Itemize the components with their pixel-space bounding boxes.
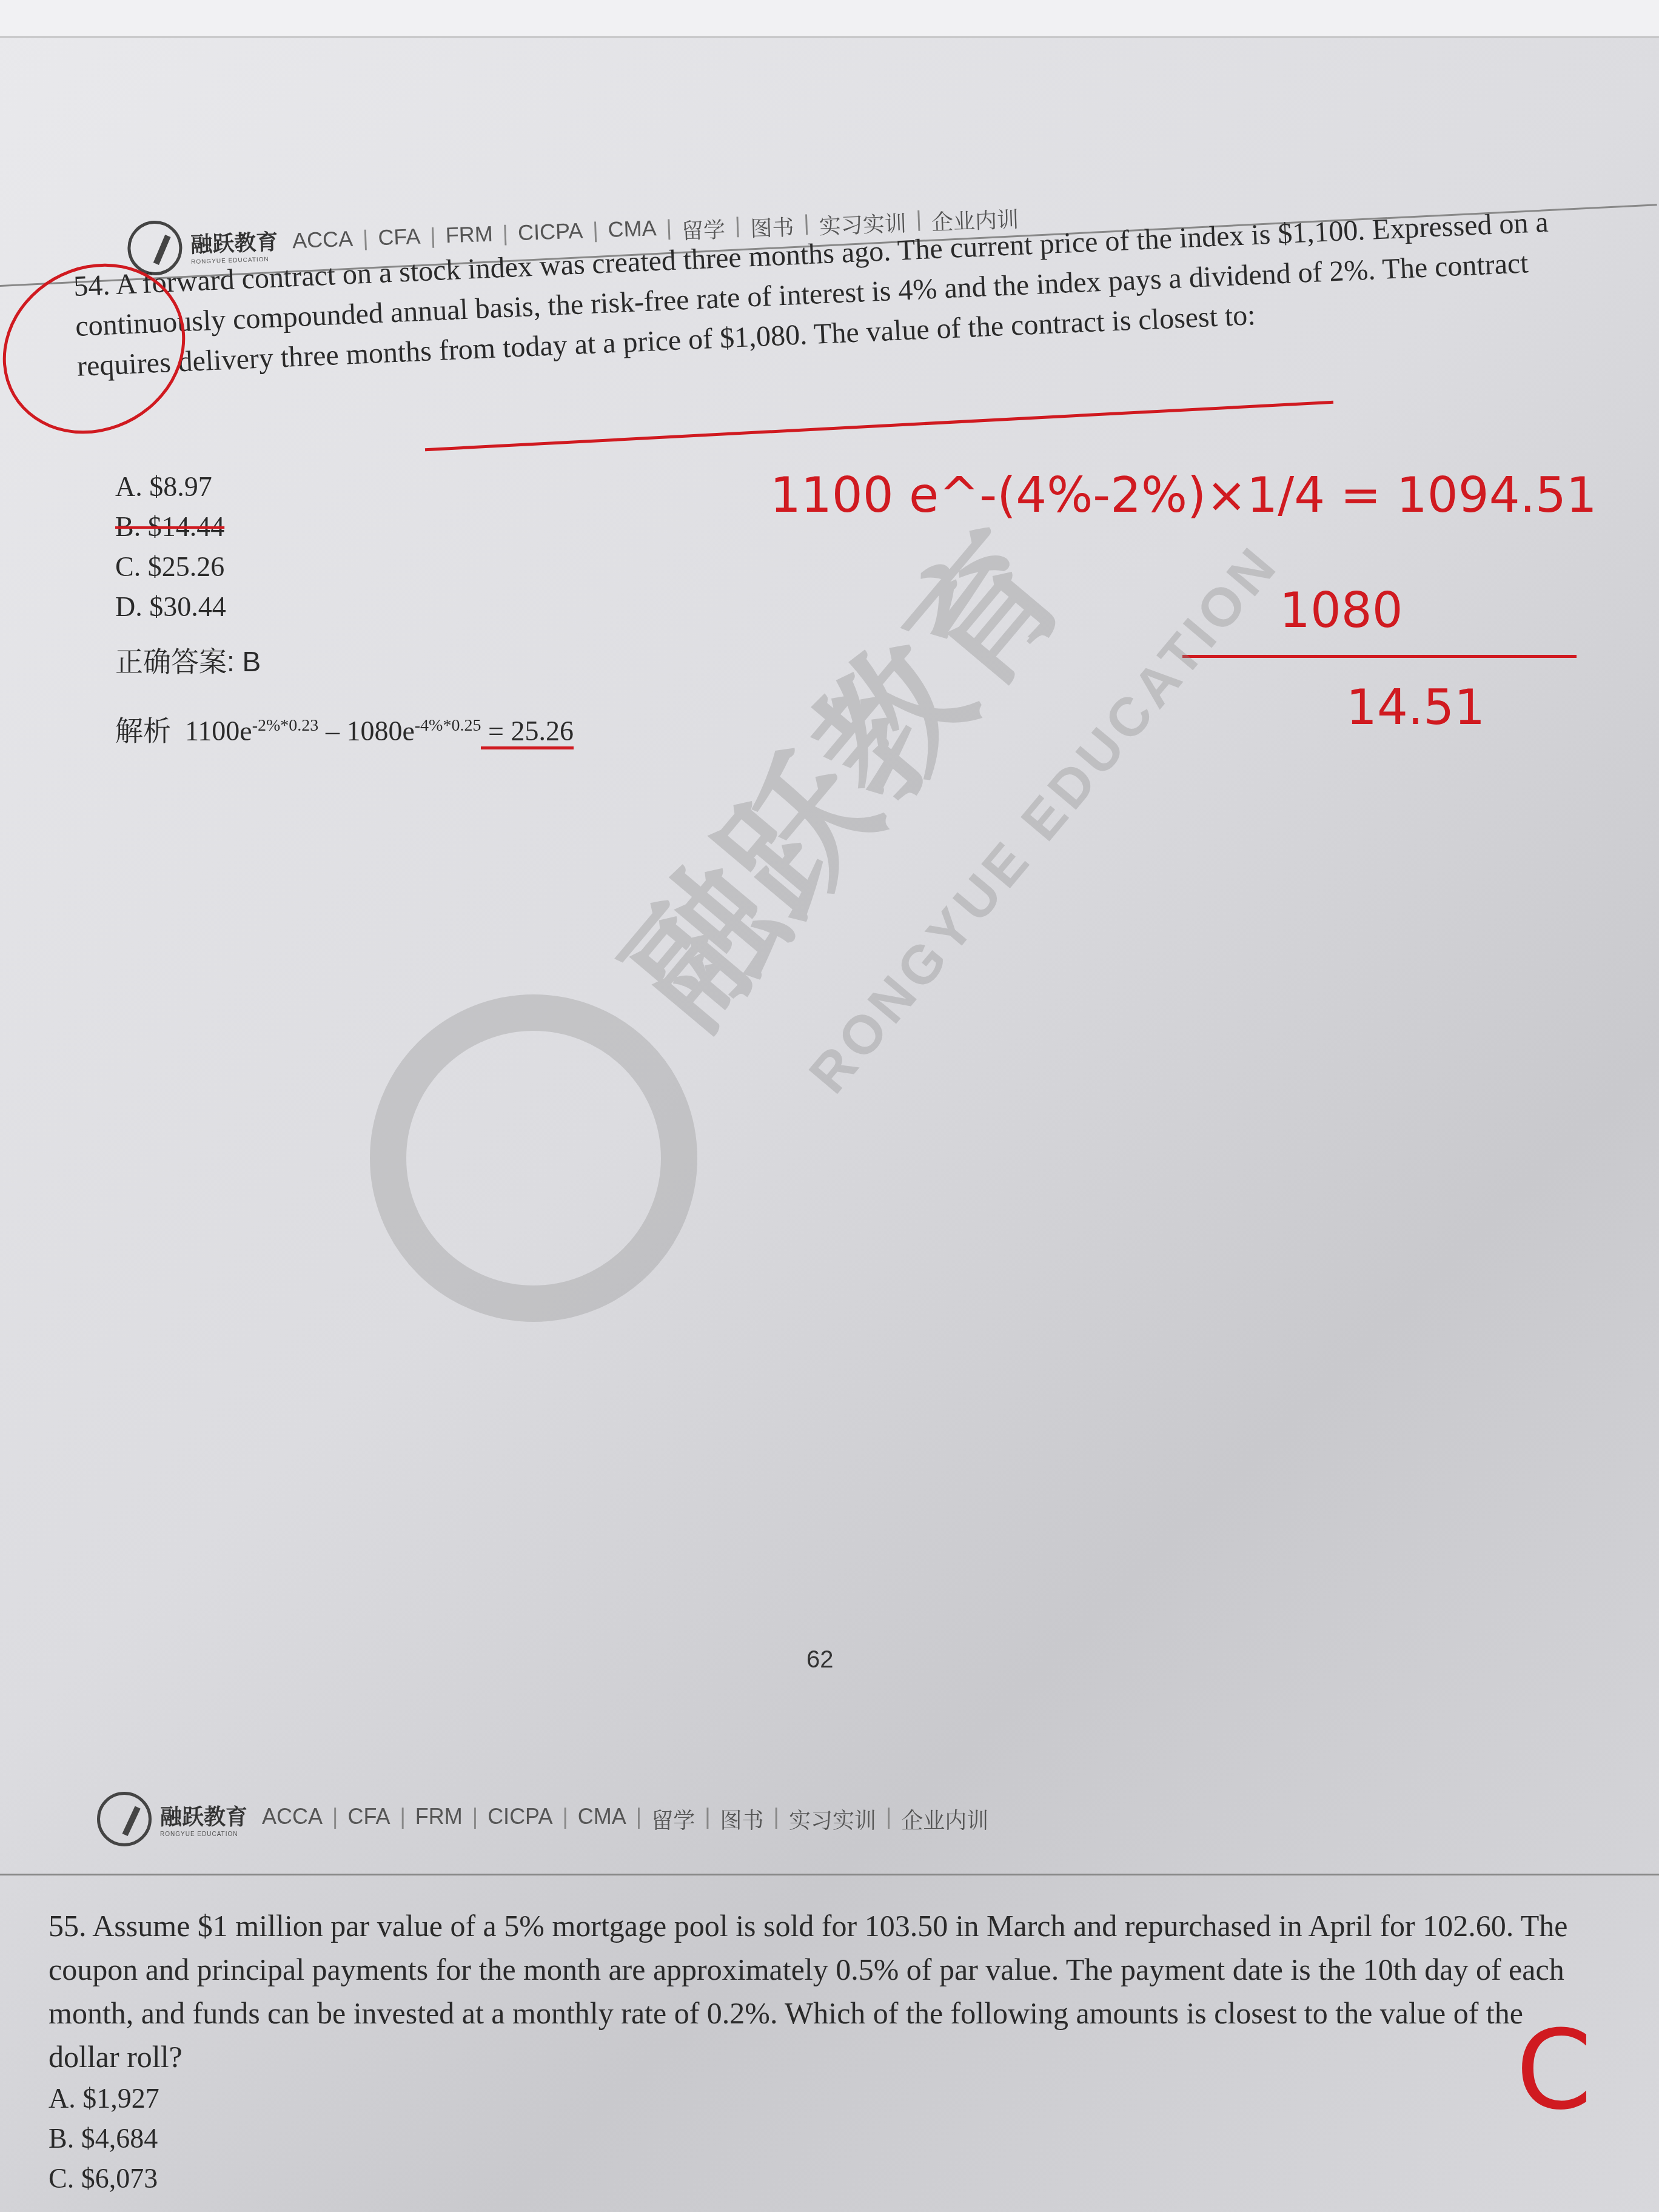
explanation: 解析 1100e-2%*0.23 – 1080e-4%*0.25 = 25.26 bbox=[115, 706, 574, 751]
page-number: 62 bbox=[806, 1646, 834, 1674]
page-header-2: 融跃教育 RONGYUE EDUCATION ACCA| CFA| FRM| C… bbox=[97, 1792, 988, 1846]
header-rule-2 bbox=[0, 1874, 1659, 1875]
option-a: A. $8.97 bbox=[115, 467, 574, 507]
option-d: D. $30.44 bbox=[115, 587, 574, 627]
handwritten-result: 14.51 bbox=[1346, 679, 1485, 736]
option-b: B. $4,684 bbox=[49, 2119, 1601, 2159]
watermark-cn: 融跃教育 bbox=[569, 481, 1104, 1062]
handwritten-rule bbox=[1182, 655, 1577, 658]
question-55: 55. Assume $1 million par value of a 5% … bbox=[49, 1904, 1601, 2199]
previous-page-edge bbox=[0, 0, 1659, 38]
handwritten-formula: 1100 e^-(4%-2%)×1/4 = 1094.51 bbox=[770, 467, 1597, 523]
handwritten-answer: C bbox=[1516, 2007, 1592, 2134]
option-b: B. $14.44 bbox=[115, 507, 574, 547]
brand-cn: 融跃教育 bbox=[190, 225, 278, 259]
nav-acca: ACCA bbox=[292, 226, 354, 258]
nav-cfa: CFA bbox=[378, 223, 421, 255]
question-55-text: Assume $1 million par value of a 5% mort… bbox=[49, 1909, 1568, 2074]
underline-mark bbox=[425, 401, 1333, 451]
watermark-logo-icon bbox=[370, 994, 697, 1322]
correct-answer: 正确答案: B bbox=[115, 642, 574, 682]
handwritten-1080: 1080 bbox=[1279, 582, 1403, 638]
option-a: A. $1,927 bbox=[49, 2079, 1601, 2119]
logo-icon bbox=[97, 1792, 152, 1846]
question-54-options: A. $8.97 B. $14.44 C. $25.26 D. $30.44 正… bbox=[115, 467, 574, 751]
option-c: C. $6,073 bbox=[49, 2159, 1601, 2199]
option-c: C. $25.26 bbox=[115, 547, 574, 587]
